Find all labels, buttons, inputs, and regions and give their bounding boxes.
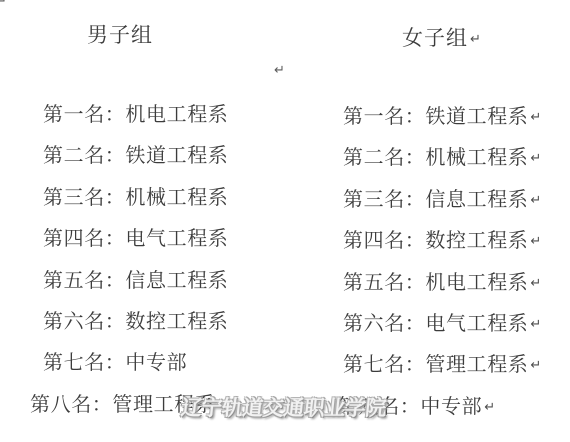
ranking-list-women: 第一名：铁道工程系↵ 第二名：机械工程系↵ 第三名：信息工程系↵ 第四名：数控工… [343,105,541,436]
ranking-line: 第二名：铁道工程系 [43,144,228,185]
ranking-text: 第一名：机电工程系 [43,104,228,126]
group-header-men: 男子组 [87,19,153,49]
ranking-line: 第二名：机械工程系↵ [343,146,541,187]
ranking-text: 第一名：铁道工程系 [343,106,528,128]
ranking-text: 第七名：管理工程系 [343,354,528,376]
ranking-line: 第五名：信息工程系 [43,269,228,310]
group-header-women-label: 女子组 [402,26,468,50]
paragraph-return-icon: ↵ [530,358,541,373]
paragraph-return-icon: ↵ [530,234,541,249]
ranking-text: 第六名：电气工程系 [343,313,528,335]
ranking-line: 第六名：电气工程系↵ [343,312,541,353]
ranking-line: 第七名：管理工程系↵ [343,353,541,394]
ranking-line: 第五名：机电工程系↵ [343,271,541,312]
ranking-text: 第五名：机电工程系 [343,272,528,294]
paragraph-return-icon: ↵ [0,0,7,9]
paragraph-return-icon: ↵ [530,193,541,208]
ranking-line: 第三名：信息工程系↵ [343,188,541,229]
group-header-women: 女子组↵ [402,22,481,52]
ranking-line: 第三名：机械工程系 [43,186,228,227]
group-header-men-label: 男子组 [87,23,153,47]
ranking-text: 第七名：中专部 [43,352,187,374]
ranking-text: 第二名：机械工程系 [343,147,528,169]
ranking-text: 第二名：铁道工程系 [43,145,228,167]
ranking-line: 第四名：数控工程系↵ [343,229,541,270]
document-page[interactable]: ↵ 男子组 女子组↵ ↵ 第一名：机电工程系 第二名：铁道工程系 第三名：机械工… [0,0,570,442]
paragraph-return-icon: ↵ [530,110,541,125]
ranking-line: 第一名：机电工程系 [43,103,228,144]
paragraph-return-icon: ↵ [274,63,285,78]
ranking-list-men: 第一名：机电工程系 第二名：铁道工程系 第三名：机械工程系 第四名：电气工程系 … [43,103,228,434]
ranking-text: 第三名：机械工程系 [43,187,228,209]
ranking-text: 第三名：信息工程系 [343,189,528,211]
ranking-line: 第六名：数控工程系 [43,310,228,351]
ranking-text: 第六名：数控工程系 [43,311,228,333]
paragraph-return-icon: ↵ [530,151,541,166]
ranking-line: 第一名：铁道工程系↵ [343,105,541,146]
ranking-text: 第四名：数控工程系 [343,230,528,252]
ranking-text: 第五名：信息工程系 [43,270,228,292]
paragraph-return-icon: ↵ [470,32,481,47]
ranking-text: 第四名：电气工程系 [43,228,228,250]
ranking-line: 第四名：电气工程系 [43,227,228,268]
paragraph-return-icon: ↵ [530,317,541,332]
paragraph-return-icon: ↵ [484,400,495,415]
ranking-line: 第七名：中专部 [43,351,228,392]
watermark: 辽宁轨道交通职业学院 [179,392,387,422]
paragraph-return-icon: ↵ [530,276,541,291]
